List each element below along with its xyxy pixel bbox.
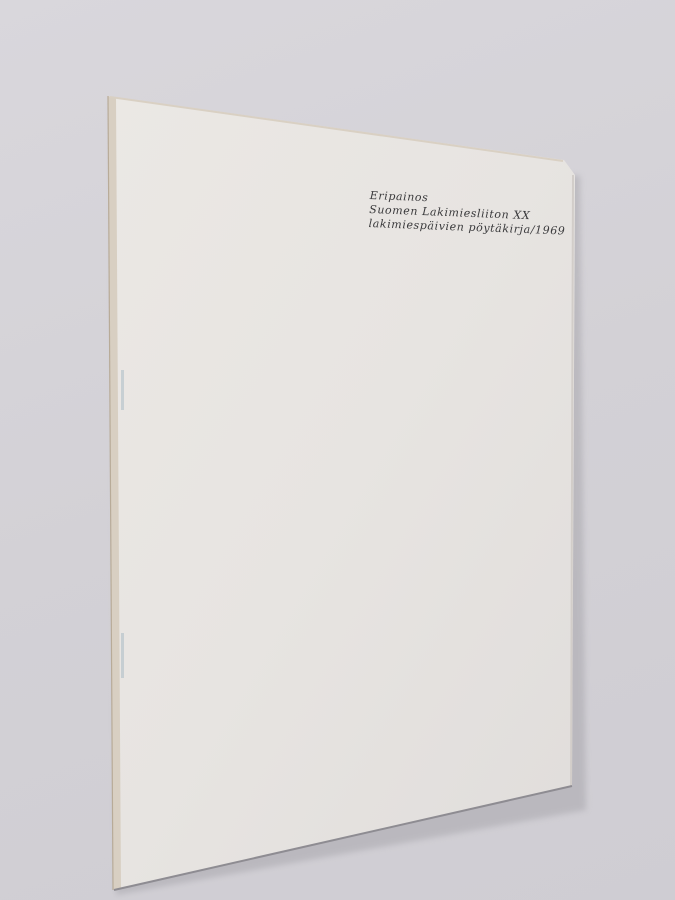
cover-title-block: Eripainos Suomen Lakimiesliiton XX lakim… bbox=[368, 189, 566, 239]
staple-mark-top bbox=[121, 370, 124, 410]
staple-mark-bottom bbox=[121, 633, 124, 678]
booklet-photo bbox=[0, 0, 675, 900]
